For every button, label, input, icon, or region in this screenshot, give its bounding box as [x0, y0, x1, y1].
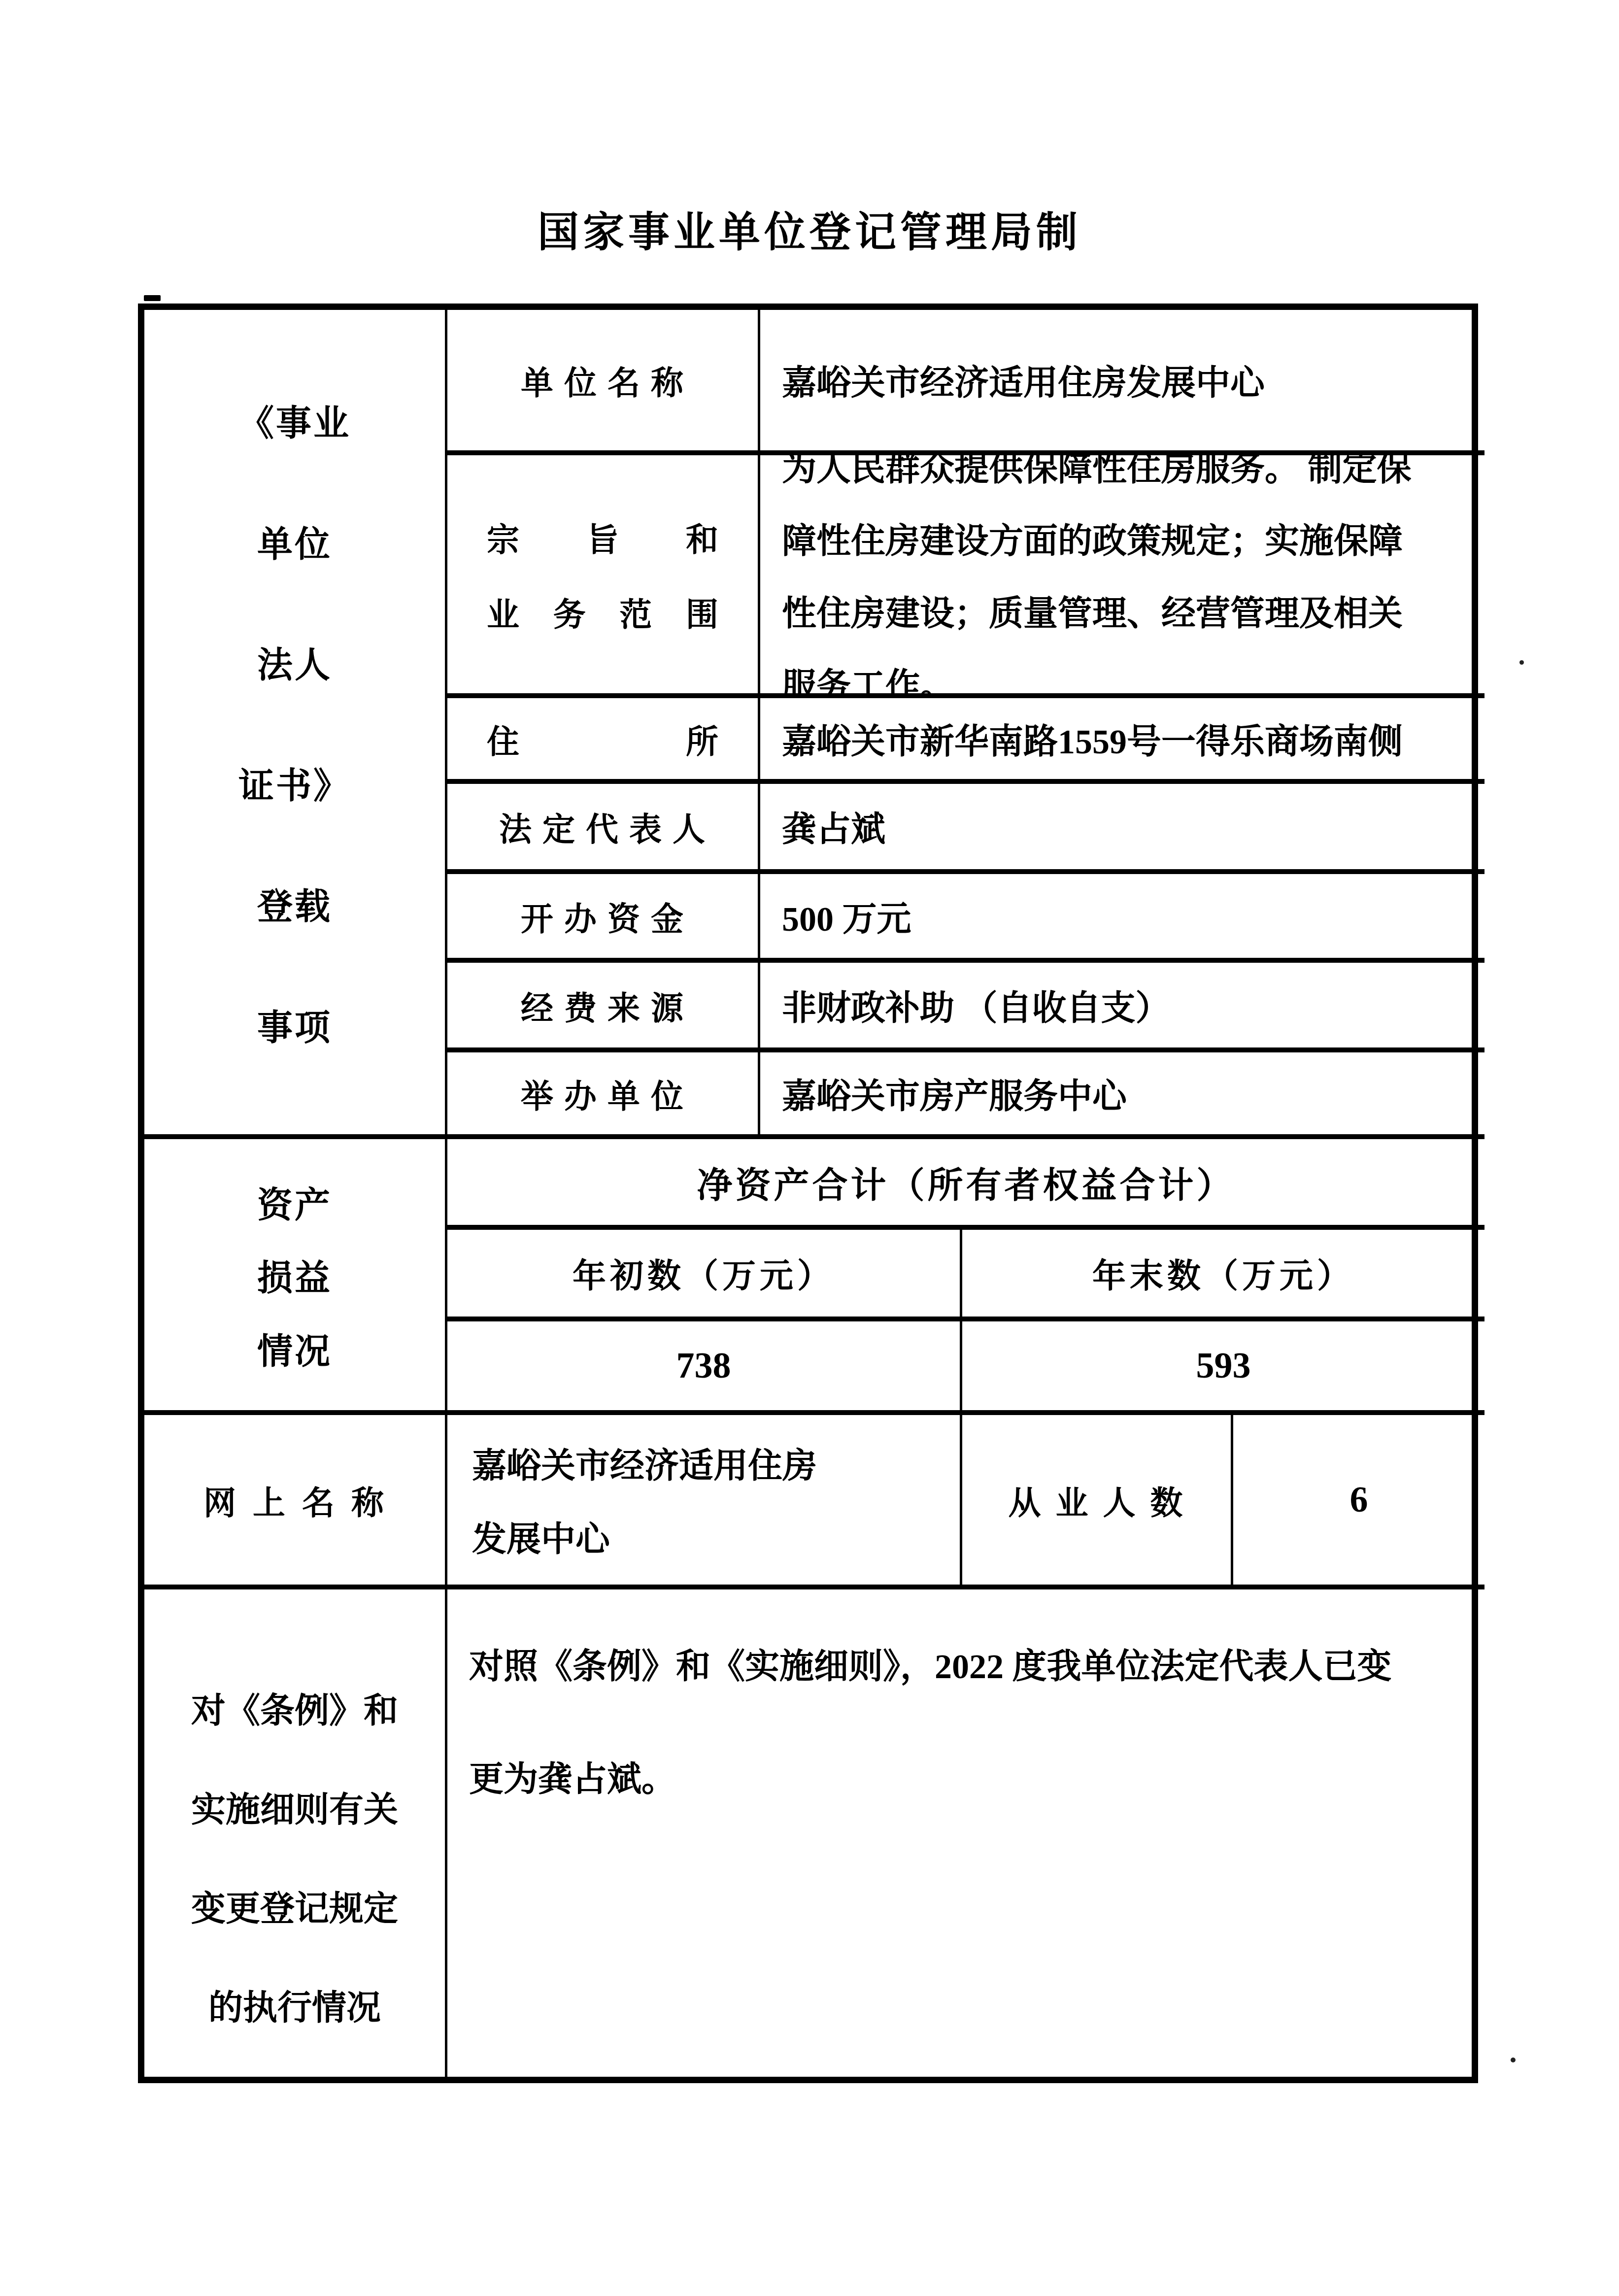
compliance-header-line: 的执行情况 — [208, 1980, 381, 2030]
unit-name-value: 嘉峪关市经济适用住房发展中心 — [760, 310, 1484, 455]
certificate-section-header: 《事业 单位 法人 证书》 登载 事项 — [144, 310, 447, 1139]
online-name-value-line: 嘉峪关市经济适用住房 — [472, 1438, 817, 1488]
address-label: 住所 — [447, 698, 760, 784]
online-name-label: 网上名称 — [144, 1415, 447, 1589]
certificate-header-line: 事项 — [257, 999, 332, 1050]
address-label-text: 住所 — [487, 715, 718, 762]
compliance-content: 对照《条例》和《实施细则》，2022 度我单位法定代表人已变 更为龚占斌。 — [447, 1589, 1484, 2077]
sponsor-unit-label: 举办单位 — [447, 1052, 760, 1139]
funding-source-value: 非财政补助 （自收自支） — [760, 963, 1484, 1052]
sponsor-unit-value: 嘉峪关市房产服务中心 — [760, 1052, 1484, 1139]
page-title: 国家事业单位登记管理局制 — [0, 199, 1619, 259]
address-value: 嘉峪关市新华南路1559号一得乐商场南侧 — [760, 698, 1484, 784]
certificate-header-line: 登载 — [257, 878, 332, 929]
purpose-scope-value: 为人民群众提供保障性住房服务。 制定保 障性住房建设方面的政策规定；实施保障 性… — [760, 455, 1484, 698]
purpose-scope-value-line: 服务工作。 — [782, 658, 954, 699]
purpose-scope-value-line: 障性住房建设方面的政策规定；实施保障 — [782, 513, 1403, 563]
funding-source-label: 经费来源 — [447, 963, 760, 1052]
purpose-scope-label-line: 宗旨和 — [487, 513, 718, 560]
legal-representative-label: 法定代表人 — [447, 784, 760, 874]
scan-artifact-speck — [1511, 2058, 1516, 2062]
start-up-capital-value: 500 万元 — [760, 874, 1484, 963]
purpose-scope-label-line: 业务范围 — [487, 588, 718, 635]
assets-header-line: 损益 — [257, 1249, 332, 1300]
purpose-scope-label: 宗旨和 业务范围 — [447, 455, 760, 698]
scanned-registration-form-page: 国家事业单位登记管理局制 《事业 单位 法人 证书》 登载 事项 单位名称 嘉峪… — [0, 0, 1619, 2296]
purpose-scope-value-line: 为人民群众提供保障性住房服务。 制定保 — [782, 455, 1412, 491]
certificate-header-line: 单位 — [257, 515, 332, 567]
assets-header-line: 资产 — [257, 1176, 332, 1227]
certificate-header-line: 证书》 — [238, 757, 351, 808]
compliance-content-line: 对照《条例》和《实施细则》，2022 度我单位法定代表人已变 — [469, 1639, 1392, 1688]
online-name-value: 嘉峪关市经济适用住房 发展中心 — [447, 1415, 962, 1589]
year-begin-value: 738 — [447, 1321, 962, 1415]
certificate-header-line: 《事业 — [238, 394, 351, 445]
unit-name-label: 单位名称 — [447, 310, 760, 455]
legal-representative-value: 龚占斌 — [760, 784, 1484, 874]
staff-count-label: 从业人数 — [962, 1415, 1233, 1589]
compliance-content-line: 更为龚占斌。 — [469, 1752, 676, 1801]
online-name-value-line: 发展中心 — [472, 1512, 610, 1561]
compliance-header-line: 实施细则有关 — [191, 1782, 398, 1832]
assets-header-line: 情况 — [257, 1322, 332, 1374]
assets-section-header: 资产 损益 情况 — [144, 1139, 447, 1415]
purpose-scope-value-line: 性住房建设；质量管理、经营管理及相关 — [782, 586, 1403, 636]
registration-form-table: 《事业 单位 法人 证书》 登载 事项 单位名称 嘉峪关市经济适用住房发展中心 … — [138, 304, 1478, 2083]
compliance-header-line: 变更登记规定 — [191, 1881, 398, 1931]
start-up-capital-label: 开办资金 — [447, 874, 760, 963]
net-assets-total-label: 净资产合计（所有者权益合计） — [447, 1139, 1484, 1230]
year-end-value: 593 — [962, 1321, 1484, 1415]
scan-artifact-dash — [144, 295, 161, 301]
scan-artifact-speck — [1519, 660, 1524, 665]
compliance-header-line: 对《条例》和 — [191, 1683, 398, 1733]
year-end-column-header: 年末数（万元） — [962, 1230, 1484, 1321]
staff-count-value: 6 — [1233, 1415, 1484, 1589]
certificate-header-line: 法人 — [257, 636, 332, 687]
year-begin-column-header: 年初数（万元） — [447, 1230, 962, 1321]
compliance-section-header: 对《条例》和 实施细则有关 变更登记规定 的执行情况 — [144, 1589, 447, 2077]
